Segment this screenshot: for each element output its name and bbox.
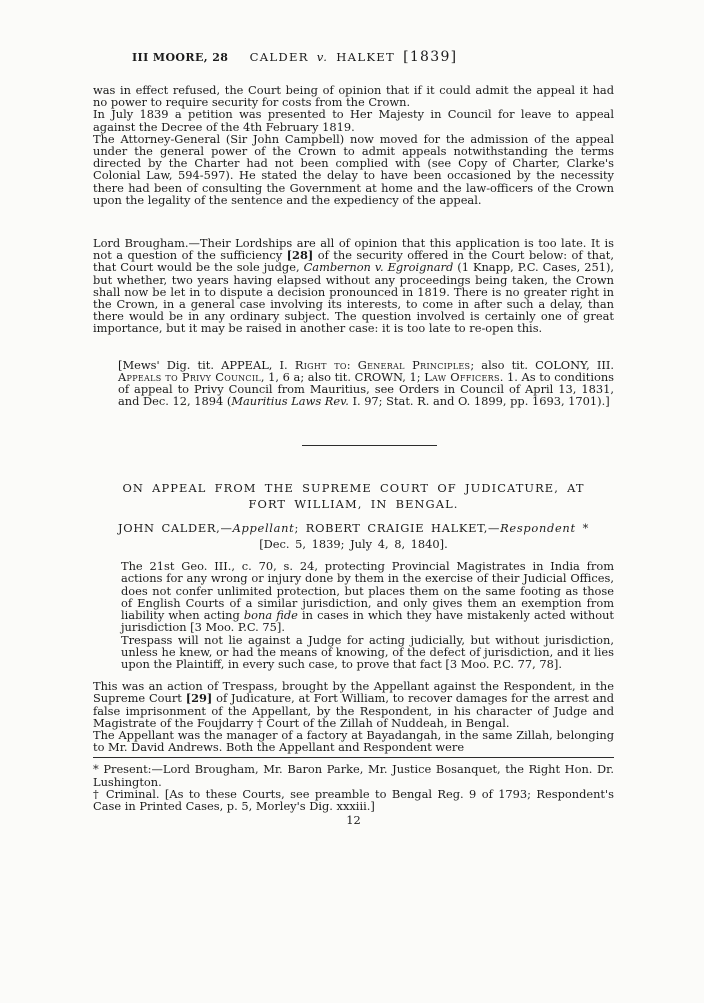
headnote-statute-protection: The 21st Geo. III., c. 70, s. 24, protec… [93,560,614,633]
text-segment: CALDER [250,50,317,64]
text-segment: HALKET [328,50,403,64]
footnote-rule [93,757,614,758]
volume-reference: III MOORE, 28 [132,51,228,64]
text-segment: Appellant [233,521,295,535]
para-appellant-manager: The Appellant was the manager of a facto… [93,729,614,753]
footnote-criminal: † Criminal. [As to these Courts, see pre… [93,788,614,812]
footnote-present: * Present:—Lord Brougham, Mr. Baron Park… [93,763,614,787]
text-segment: * [576,521,589,535]
para-action-of-trespass: This was an action of Trespass, brought … [93,680,614,729]
appeal-heading-line-2: FORT WILLIAM, IN BENGAL. [93,498,614,510]
para-attorney-general: The Attorney-General (Sir John Campbell)… [93,133,614,206]
scanned-law-report-page: CALDER v. HALKET [1839] III MOORE, 28 wa… [0,0,704,1003]
text-segment: JOHN CALDER,— [118,521,233,535]
page-number: 12 [93,814,614,826]
text-segment: ON APPEAL FROM THE SUPREME COURT OF JUDI… [122,481,584,495]
text-segment: The Attorney-General (Sir John Campbell)… [93,132,614,207]
text-segment: v. [317,50,328,64]
text-segment: † Criminal. [As to these Courts, see pre… [93,787,614,813]
text-segment: Respondent [500,521,576,535]
text-segment: I. 97; Stat. R. and O. 1899, pp. 1693, 1… [349,394,610,408]
para-petition-1839: In July 1839 a petition was presented to… [93,108,614,132]
note-mews-digest: [Mews' Dig. tit. APPEAL, I. Right to: Ge… [93,359,614,408]
text-segment: Trespass will not lie against a Judge fo… [121,633,614,671]
text-segment: In July 1839 a petition was presented to… [93,107,614,133]
hearing-dates-line: [Dec. 5, 1839; July 4, 8, 1840]. [93,538,614,550]
text-segment: was in effect refused, the Court being o… [93,83,614,109]
text-segment: [1839] [403,49,457,65]
text-segment: ; ROBERT CRAIGIE HALKET,— [294,521,500,535]
section-divider-rule [302,445,437,446]
text-segment: FORT WILLIAM, IN BENGAL. [249,497,459,511]
headnote-trespass: Trespass will not lie against a Judge fo… [93,634,614,671]
para-continuation: was in effect refused, the Court being o… [93,84,614,108]
page-body-text: was in effect refused, the Court being o… [93,84,614,826]
text-segment: Mauritius Laws Rev. [231,394,349,408]
text-segment: [Dec. 5, 1839; July 4, 8, 1840]. [259,537,448,551]
case-parties-line: JOHN CALDER,—Appellant; ROBERT CRAIGIE H… [93,522,614,534]
text-segment: The Appellant was the manager of a facto… [93,728,614,754]
running-header: CALDER v. HALKET [1839] III MOORE, 28 [93,49,614,67]
para-lord-brougham-judgment: Lord Brougham.—Their Lordships are all o… [93,237,614,335]
text-segment: (1 Knapp, P.C. Cases, 251), but whether,… [93,260,614,335]
appeal-heading-line-1: ON APPEAL FROM THE SUPREME COURT OF JUDI… [93,482,614,494]
text-segment: 12 [346,813,361,827]
text-segment: * Present:—Lord Brougham, Mr. Baron Park… [93,762,614,788]
